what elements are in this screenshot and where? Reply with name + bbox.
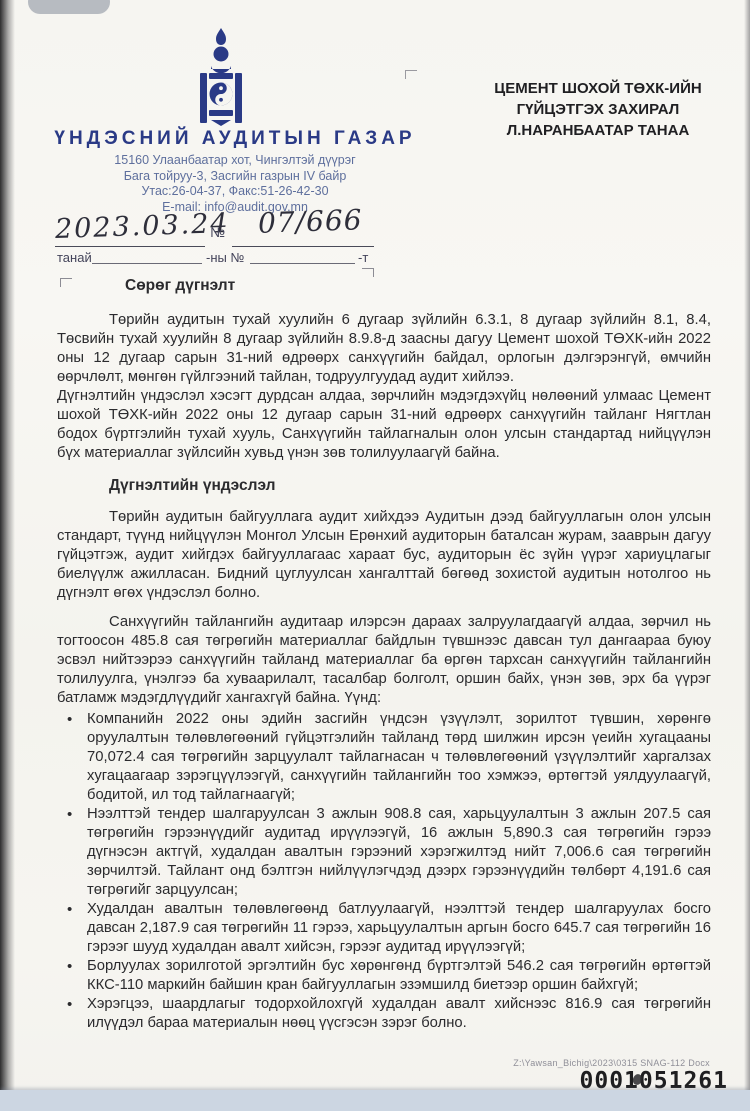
scanned-audit-letter: ҮНДЭСНИЙ АУДИТЫН ГАЗАР 15160 Улаанбаатар… (0, 0, 750, 1111)
corner-mark (405, 70, 417, 79)
form-underline (55, 245, 205, 247)
finding-item: Борлуулах зорилготой эргэлтийн бус хөрөн… (57, 957, 711, 995)
finding-item: Компанийн 2022 оны эдийн засгийн үндсэн … (57, 710, 711, 805)
paragraph-legal-basis: Төрийн аудитын тухай хуулийн 6 дугаар зү… (57, 311, 711, 387)
recipient-line: ЦЕМЕНТ ШОХОЙ ТӨХК-ИЙН (452, 78, 744, 99)
basis-heading: Дүгнэлтийн үндэслэл (109, 476, 711, 495)
handwritten-date: 2023.03.24 (55, 208, 231, 245)
document-file-path: Z:\Yawsan_Bichig\2023\0315 SNAG-112 Docx (513, 1058, 710, 1068)
paragraph-opinion-statement: Дүгнэлтийн үндэслэл хэсэгт дурдсан алдаа… (57, 387, 711, 463)
org-address-line: 15160 Улаанбаатар хот, Чингэлтэй дүүрэг (55, 153, 415, 169)
org-address-line: Утас:26-04-37, Факс:51-26-42-30 (55, 184, 415, 200)
scan-corner-artifact (28, 0, 110, 14)
opinion-heading: Сөрөг дүгнэлт (125, 276, 711, 295)
scan-left-shadow (0, 0, 15, 1091)
finding-item: Худалдан авалтын төлөвлөгөөнд батлуулааг… (57, 900, 711, 957)
handwritten-ref-number: 07/666 (257, 203, 363, 240)
findings-list: Компанийн 2022 оны эдийн засгийн үндсэн … (57, 710, 711, 1033)
recipient-block: ЦЕМЕНТ ШОХОЙ ТӨХК-ИЙН ГҮЙЦЭТГЭХ ЗАХИРАЛ … (452, 78, 744, 141)
your-ref-number-label: -ны № (206, 250, 244, 265)
soyombo-emblem-icon (192, 28, 250, 126)
your-ref-label: танай (57, 250, 92, 265)
finding-item: Нээлттэй тендер шалгаруулсан 3 ажлын 908… (57, 805, 711, 900)
form-underline (92, 262, 202, 264)
recipient-line: Л.НАРАНБААТАР ТАНАА (452, 120, 744, 141)
number-sign-label: № (210, 224, 225, 240)
your-ref-suffix: -т (358, 250, 368, 265)
finding-item: Хэрэгцээ, шаардлагыг тодорхойлохгүй худа… (57, 995, 711, 1033)
org-address-line: Бага тойруу-3, Засгийн газрын IV байр (55, 169, 415, 185)
org-name: ҮНДЭСНИЙ АУДИТЫН ГАЗАР (40, 128, 430, 150)
form-underline (250, 262, 355, 264)
recipient-line: ГҮЙЦЭТГЭХ ЗАХИРАЛ (452, 99, 744, 120)
paragraph-findings-intro: Санхүүгийн тайлангийн аудитаар илэрсэн д… (57, 613, 711, 708)
scan-bottom-strip (0, 1090, 750, 1111)
scan-right-shadow (744, 0, 750, 1091)
letter-body: Сөрөг дүгнэлт Төрийн аудитын тухай хуули… (57, 276, 711, 1033)
paragraph-standards: Төрийн аудитын байгууллага аудит хийхдээ… (57, 508, 711, 603)
form-underline (232, 245, 374, 247)
